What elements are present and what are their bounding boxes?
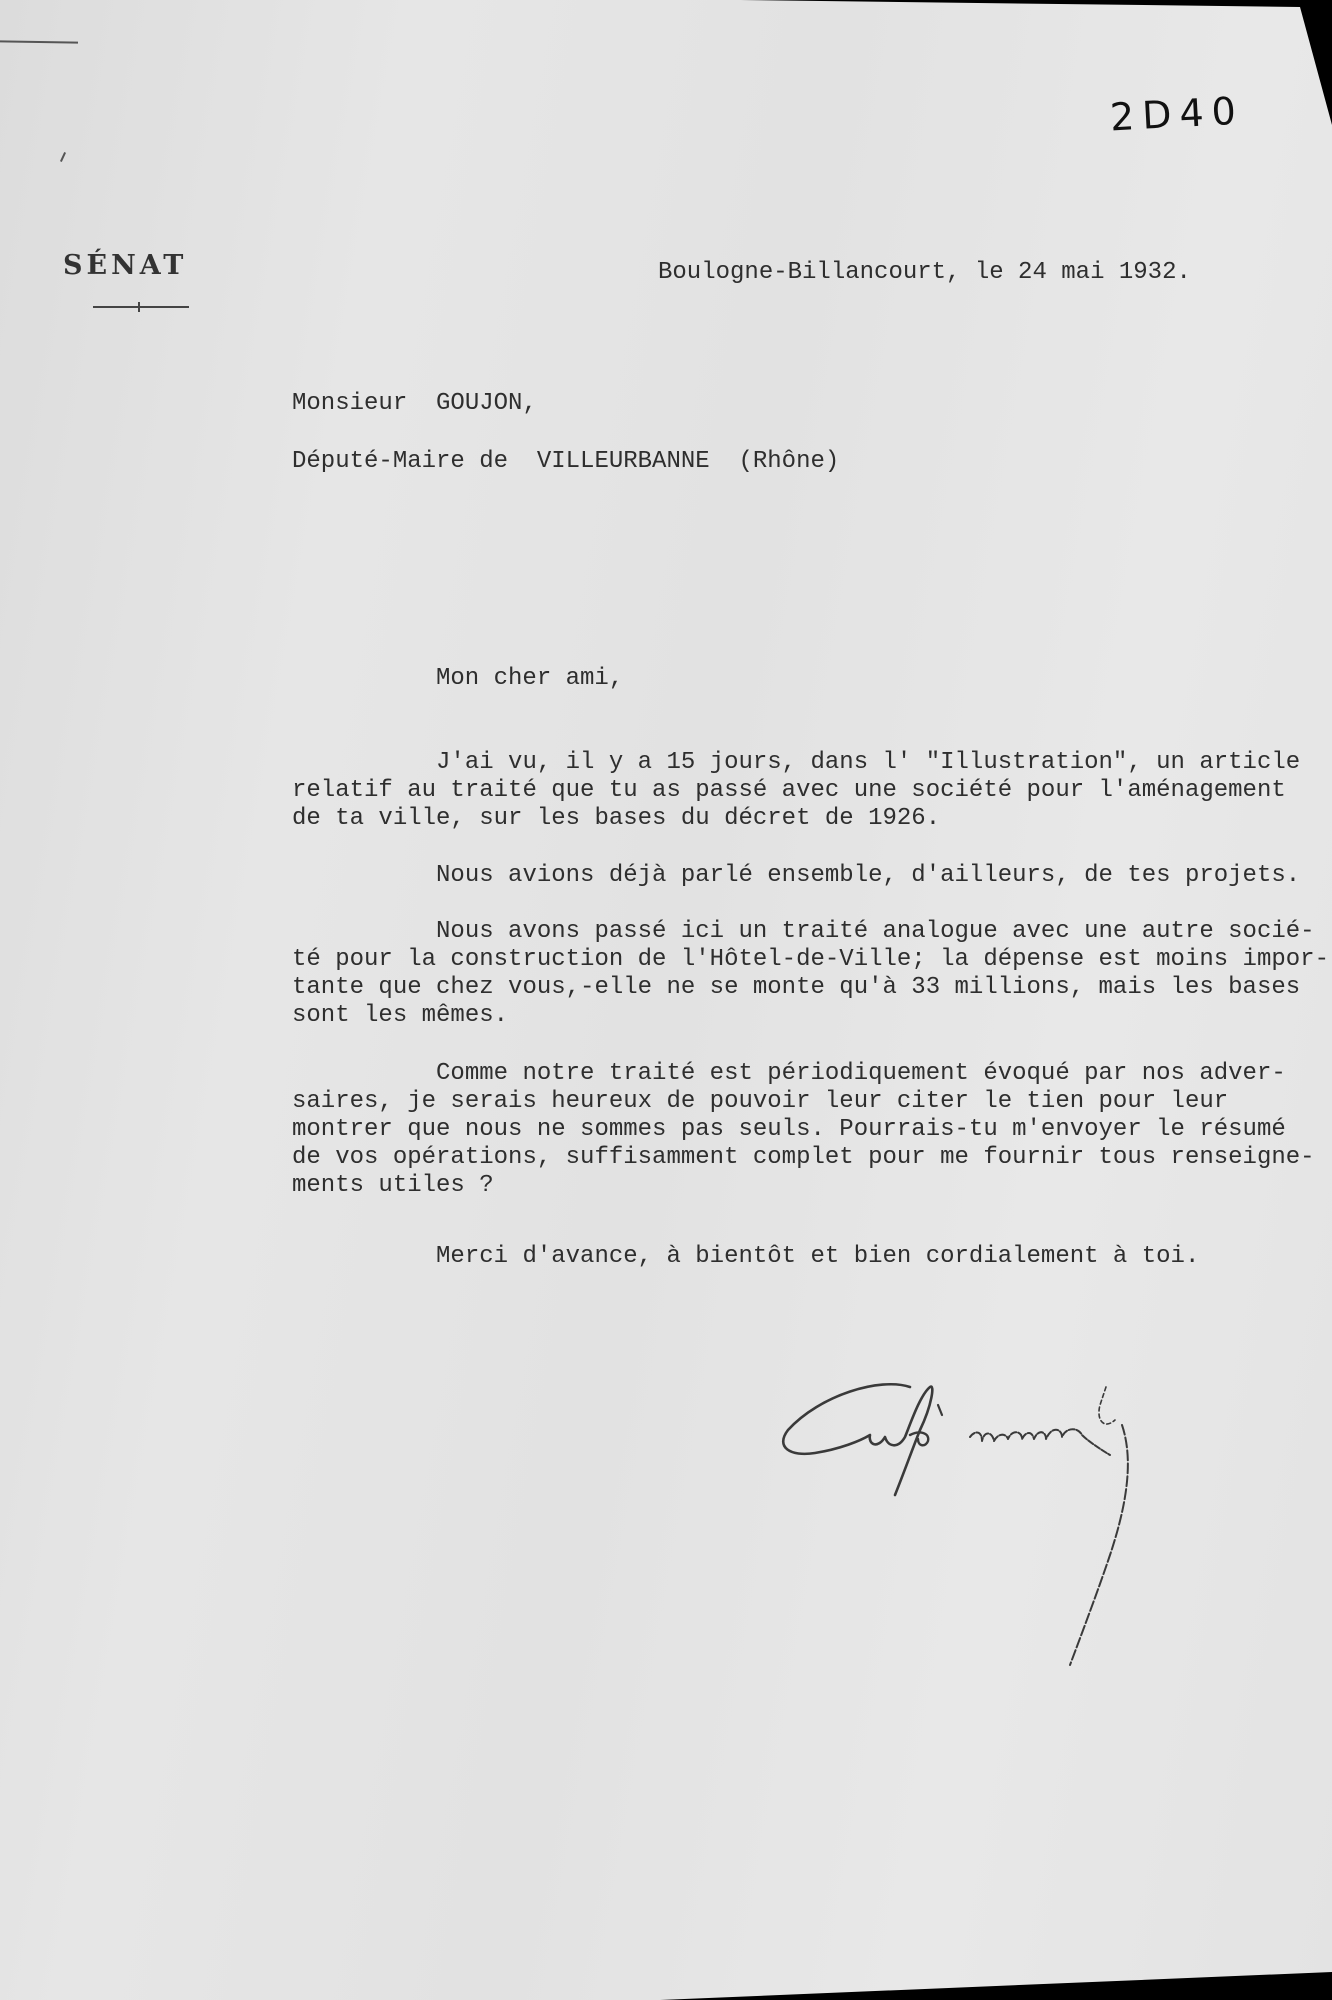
letterhead-senat: SÉNAT [63,250,187,281]
handwritten-signature: André Morizet [770,1375,1210,1680]
paragraph-line: saires, je serais heureux de pouvoir leu… [292,1088,1228,1116]
paragraph-line: tante que chez vous,-elle ne se monte qu… [292,974,1300,1002]
recipient-title: Député-Maire de VILLEURBANNE (Rhône) [292,448,839,476]
paragraph-line: de vos opérations, suffisamment complet … [292,1144,1315,1172]
recipient-name: Monsieur GOUJON, [292,390,537,418]
paragraph-line: Merci d'avance, à bientôt et bien cordia… [292,1243,1199,1271]
paragraph-line: sont les mêmes. [292,1002,508,1030]
paragraph-line: montrer que nous ne sommes pas seuls. Po… [292,1116,1286,1144]
stray-pen-mark [0,40,78,43]
paragraph-line: relatif au traité que tu as passé avec u… [292,777,1286,805]
paragraph-line: Nous avons passé ici un traité analogue … [292,918,1315,946]
check-mark-icon [60,152,66,162]
place-and-date: Boulogne-Billancourt, le 24 mai 1932. [658,259,1191,287]
paragraph-line: J'ai vu, il y a 15 jours, dans l' "Illus… [292,749,1300,777]
paragraph-line: té pour la construction de l'Hôtel-de-Vi… [292,946,1329,974]
paragraph-line: de ta ville, sur les bases du décret de … [292,805,940,833]
letterhead-ornament-rule [93,306,189,308]
archive-reference-mark: 2D40 [1109,89,1245,140]
letter-page: 2D40 SÉNAT Boulogne-Billancourt, le 24 m… [0,0,1332,2000]
paragraph-line: ments utiles ? [292,1172,494,1200]
paragraph-line: Nous avions déjà parlé ensemble, d'aille… [292,862,1300,890]
paragraph-line: Comme notre traité est périodiquement év… [292,1060,1286,1088]
salutation: Mon cher ami, [436,665,623,693]
